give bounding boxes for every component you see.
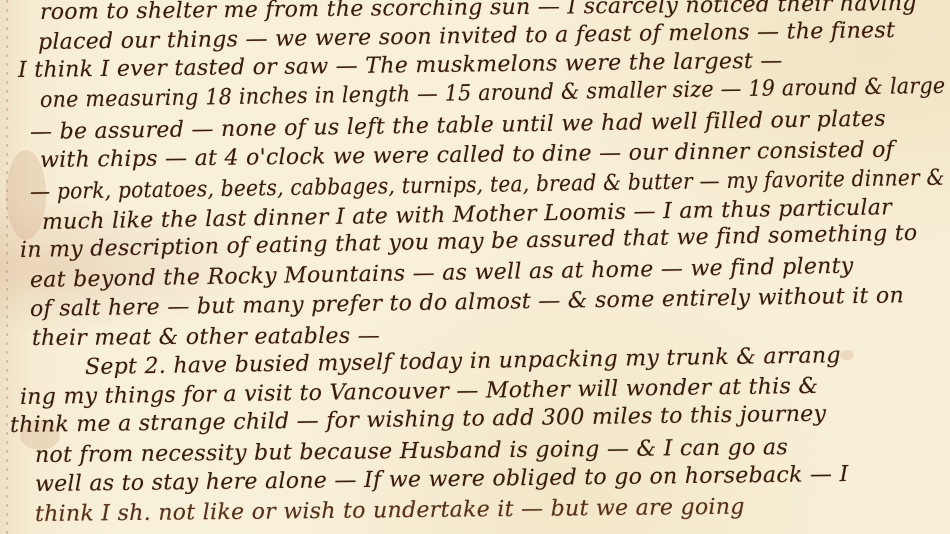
manuscript-line: not from necessity but because Husband i… bbox=[35, 435, 788, 468]
page-edge bbox=[6, 0, 8, 534]
paper-stain bbox=[840, 350, 854, 360]
manuscript-line: their meat & other eatables — bbox=[32, 324, 380, 351]
manuscript-line: think I sh. not like or wish to undertak… bbox=[35, 495, 745, 527]
manuscript-line: well as to stay here alone — If we were … bbox=[35, 462, 849, 497]
manuscript-page: room to shelter me from the scorching su… bbox=[0, 0, 950, 534]
